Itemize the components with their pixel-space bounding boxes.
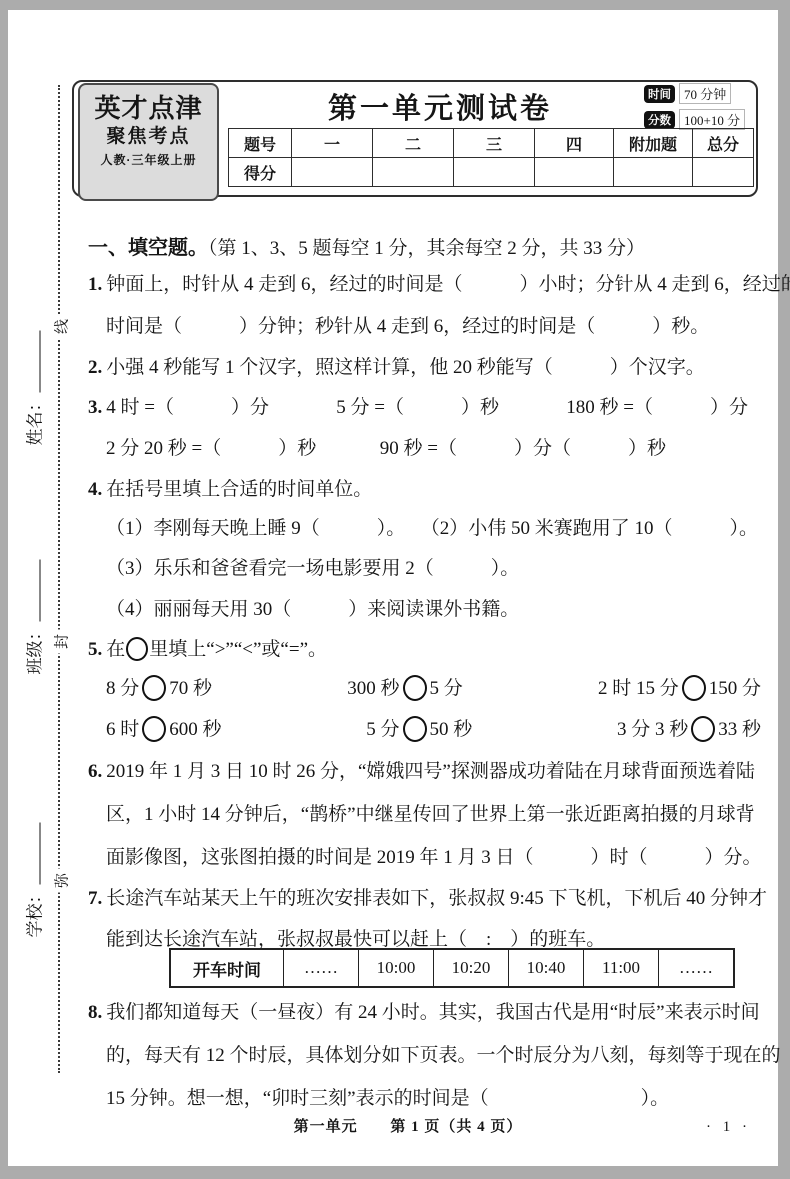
publisher-logo: 英才点津 聚焦考点 人教·三年级上册 bbox=[78, 83, 219, 201]
question-7-line-1: 7.长途汽车站某天上午的班次安排表如下，张叔叔 9:45 下飞机，下机后 40 … bbox=[88, 886, 767, 912]
section-note: （第 1、3、5 题每空 1 分，其余每空 2 分，共 33 分） bbox=[208, 238, 645, 259]
q5-compare-item: 6 时600 秒 bbox=[106, 716, 222, 743]
name-blank-line bbox=[26, 331, 41, 393]
compare-circle-icon bbox=[126, 637, 148, 661]
class-label: 班级： bbox=[26, 624, 45, 675]
seal-char-mi: 弥 bbox=[49, 869, 74, 893]
question-3-number: 3. bbox=[88, 397, 102, 418]
q4-item-3: （3）乐乐和爸爸看完一场电影要用 2（ ）。 bbox=[106, 556, 519, 582]
bus-time-cell: 10:20 bbox=[434, 949, 509, 987]
compare-left: 3 分 3 秒 bbox=[617, 719, 688, 740]
compare-circle-icon bbox=[142, 716, 166, 742]
col-header-bonus: 附加题 bbox=[614, 129, 693, 158]
seal-char-feng: 封 bbox=[49, 630, 74, 654]
paper-title: 第一单元测试卷 bbox=[240, 86, 640, 127]
compare-circle-icon bbox=[403, 675, 427, 701]
score-cell bbox=[693, 158, 754, 187]
bus-schedule-row: 开车时间 …… 10:00 10:20 10:40 11:00 …… bbox=[170, 949, 734, 987]
compare-circle-icon bbox=[403, 716, 427, 742]
score-cell bbox=[454, 158, 535, 187]
question-5-row-2: 6 时600 秒 5 分50 秒 3 分 3 秒33 秒 bbox=[106, 716, 761, 743]
col-header-total: 总分 bbox=[693, 129, 754, 158]
page-number: · 1 · bbox=[706, 1119, 751, 1136]
col-header-3: 三 bbox=[454, 129, 535, 158]
student-school-field: 学校： bbox=[21, 788, 46, 938]
section-heading: 一、填空题。（第 1、3、5 题每空 1 分，其余每空 2 分，共 33 分） bbox=[88, 235, 645, 262]
bus-time-cell: 10:00 bbox=[359, 949, 434, 987]
compare-right: 150 分 bbox=[709, 678, 761, 699]
bus-time-cell: 10:40 bbox=[509, 949, 584, 987]
q5-head-post: 里填上“>”“<”或“=”。 bbox=[149, 639, 327, 660]
score-cell bbox=[292, 158, 373, 187]
score-badge: 分数 bbox=[644, 111, 675, 129]
question-7-number: 7. bbox=[88, 888, 102, 909]
class-blank-line bbox=[26, 560, 41, 622]
compare-left: 2 时 15 分 bbox=[598, 678, 679, 699]
q4-item-2: （2）小伟 50 米赛跑用了 10（ ）。 bbox=[421, 516, 758, 542]
bus-time-cell: …… bbox=[659, 949, 735, 987]
q3-conversion-1: 4 时 =（ ）分 bbox=[106, 397, 269, 418]
question-8-line-2: 的，每天有 12 个时辰，具体划分如下页表。一个时辰分为八刻，每刻等于现在的 bbox=[106, 1043, 781, 1069]
seal-char-xian: 线 bbox=[49, 315, 74, 339]
question-6-line-3: 面影像图，这张图拍摄的时间是 2019 年 1 月 3 日（ ）时（ ）分。 bbox=[106, 845, 762, 871]
question-6-text: 2019 年 1 月 3 日 10 时 26 分，“嫦娥四号”探测器成功着陆在月… bbox=[106, 761, 755, 782]
question-2-text: 小强 4 秒能写 1 个汉字，照这样计算，他 20 秒能写（ ）个汉字。 bbox=[106, 357, 705, 378]
section-title: 一、填空题。 bbox=[88, 237, 208, 259]
q5-head-pre: 在 bbox=[106, 639, 125, 660]
question-4-head: 4.在括号里填上合适的时间单位。 bbox=[88, 477, 372, 503]
question-8-text: 我们都知道每天（一昼夜）有 24 小时。其实，我国古代是用“时辰”来表示时间 bbox=[106, 1002, 759, 1023]
q5-compare-item: 2 时 15 分150 分 bbox=[598, 675, 761, 702]
time-badge: 时间 bbox=[644, 85, 675, 103]
logo-brand: 英才点津 bbox=[80, 92, 217, 124]
question-1-number: 1. bbox=[88, 274, 102, 295]
compare-right: 600 秒 bbox=[169, 719, 221, 740]
time-value: 70 分钟 bbox=[679, 83, 731, 104]
time-meta-row: 时间 70 分钟 bbox=[644, 83, 756, 104]
compare-right: 33 秒 bbox=[718, 719, 761, 740]
bus-schedule-table: 开车时间 …… 10:00 10:20 10:40 11:00 …… bbox=[169, 948, 735, 988]
score-table: 题号 一 二 三 四 附加题 总分 得分 bbox=[228, 128, 754, 187]
compare-left: 300 秒 bbox=[347, 678, 399, 699]
q3-conversion-5: 90 秒 =（ ）分（ ）秒 bbox=[380, 436, 666, 462]
bus-time-cell: 11:00 bbox=[584, 949, 659, 987]
q3-conversion-4: 2 分 20 秒 =（ ）秒 bbox=[106, 436, 316, 462]
compare-left: 5 分 bbox=[366, 719, 399, 740]
score-table-header-row: 题号 一 二 三 四 附加题 总分 bbox=[229, 129, 754, 158]
q5-compare-item: 300 秒5 分 bbox=[347, 675, 463, 702]
q5-compare-item: 3 分 3 秒33 秒 bbox=[617, 716, 761, 743]
question-1-line-2: 时间是（ ）分钟；秒针从 4 走到 6，经过的时间是（ ）秒。 bbox=[106, 314, 709, 340]
compare-right: 50 秒 bbox=[430, 719, 473, 740]
question-3-line-2: 2 分 20 秒 =（ ）秒 90 秒 =（ ）分（ ）秒 bbox=[106, 436, 666, 462]
student-class-field: 班级： bbox=[21, 525, 46, 675]
question-5-head: 5.在里填上“>”“<”或“=”。 bbox=[88, 637, 327, 663]
question-8-line-1: 8.我们都知道每天（一昼夜）有 24 小时。其实，我国古代是用“时辰”来表示时间 bbox=[88, 1000, 760, 1026]
question-6-number: 6. bbox=[88, 761, 102, 782]
seal-dotted-line bbox=[58, 85, 60, 1073]
question-5-number: 5. bbox=[88, 639, 102, 660]
compare-right: 5 分 bbox=[430, 678, 463, 699]
col-header-4: 四 bbox=[535, 129, 614, 158]
col-header-2: 二 bbox=[373, 129, 454, 158]
q4-item-4: （4）丽丽每天用 30（ ）来阅读课外书籍。 bbox=[106, 597, 519, 623]
test-paper-page: 姓名： 班级： 学校： 线 封 弥 英才点津 聚焦考点 人教·三年级上册 第一单… bbox=[8, 10, 778, 1166]
compare-left: 8 分 bbox=[106, 678, 139, 699]
question-5-row-1: 8 分70 秒 300 秒5 分 2 时 15 分150 分 bbox=[106, 675, 761, 702]
bus-table-header: 开车时间 bbox=[170, 949, 284, 987]
question-6-line-2: 区，1 小时 14 分钟后，“鹊桥”中继星传回了世界上第一张近距离拍摄的月球背 bbox=[106, 802, 755, 828]
school-label: 学校： bbox=[26, 887, 45, 938]
q3-part-1: 3.4 时 =（ ）分 bbox=[88, 395, 269, 421]
score-cell bbox=[373, 158, 454, 187]
question-4-text: 在括号里填上合适的时间单位。 bbox=[106, 479, 372, 500]
score-cell bbox=[535, 158, 614, 187]
col-header-question-no: 题号 bbox=[229, 129, 292, 158]
logo-edition: 人教·三年级上册 bbox=[80, 150, 217, 170]
compare-circle-icon bbox=[682, 675, 706, 701]
logo-series: 聚焦考点 bbox=[80, 124, 217, 150]
footer-page-info: 第 1 页（共 4 页） bbox=[390, 1119, 522, 1135]
compare-right: 70 秒 bbox=[169, 678, 212, 699]
q3-conversion-3: 180 秒 =（ ）分 bbox=[566, 395, 748, 421]
score-table-score-row: 得分 bbox=[229, 158, 754, 187]
student-name-field: 姓名： bbox=[21, 296, 46, 446]
score-meta-row: 分数 100+10 分 bbox=[644, 109, 756, 130]
question-8-number: 8. bbox=[88, 1002, 102, 1023]
question-7-text: 长途汽车站某天上午的班次安排表如下，张叔叔 9:45 下飞机，下机后 40 分钟… bbox=[106, 888, 767, 909]
question-4-number: 4. bbox=[88, 479, 102, 500]
question-2-number: 2. bbox=[88, 357, 102, 378]
question-1-text: 钟面上，时针从 4 走到 6，经过的时间是（ ）小时；分针从 4 走到 6，经过… bbox=[106, 274, 790, 295]
name-label: 姓名： bbox=[26, 395, 45, 446]
question-8-line-3: 15 分钟。想一想，“卯时三刻”表示的时间是（ ）。 bbox=[106, 1086, 669, 1112]
col-header-1: 一 bbox=[292, 129, 373, 158]
question-1-line-1: 1.钟面上，时针从 4 走到 6，经过的时间是（ ）小时；分针从 4 走到 6，… bbox=[88, 272, 790, 298]
q5-compare-item: 8 分70 秒 bbox=[106, 675, 212, 702]
compare-circle-icon bbox=[691, 716, 715, 742]
q3-conversion-2: 5 分 =（ ）秒 bbox=[336, 395, 499, 421]
question-6-line-1: 6.2019 年 1 月 3 日 10 时 26 分，“嫦娥四号”探测器成功着陆… bbox=[88, 759, 755, 785]
score-row-label: 得分 bbox=[229, 158, 292, 187]
q5-compare-item: 5 分50 秒 bbox=[366, 716, 472, 743]
footer: 第一单元 第 1 页（共 4 页） bbox=[208, 1115, 608, 1136]
question-4-items-1-2: （1）李刚每天晚上睡 9（ ）。 （2）小伟 50 米赛跑用了 10（ ）。 bbox=[106, 516, 758, 542]
question-3-line-1: 3.4 时 =（ ）分 5 分 =（ ）秒 180 秒 =（ ）分 bbox=[88, 395, 748, 421]
bus-time-cell: …… bbox=[284, 949, 359, 987]
school-blank-line bbox=[26, 823, 41, 885]
score-value: 100+10 分 bbox=[679, 109, 745, 130]
q4-item-1: （1）李刚每天晚上睡 9（ ）。 bbox=[106, 516, 405, 542]
question-2: 2.小强 4 秒能写 1 个汉字，照这样计算，他 20 秒能写（ ）个汉字。 bbox=[88, 355, 705, 381]
footer-unit: 第一单元 bbox=[294, 1119, 358, 1135]
compare-circle-icon bbox=[142, 675, 166, 701]
compare-left: 6 时 bbox=[106, 719, 139, 740]
score-cell bbox=[614, 158, 693, 187]
